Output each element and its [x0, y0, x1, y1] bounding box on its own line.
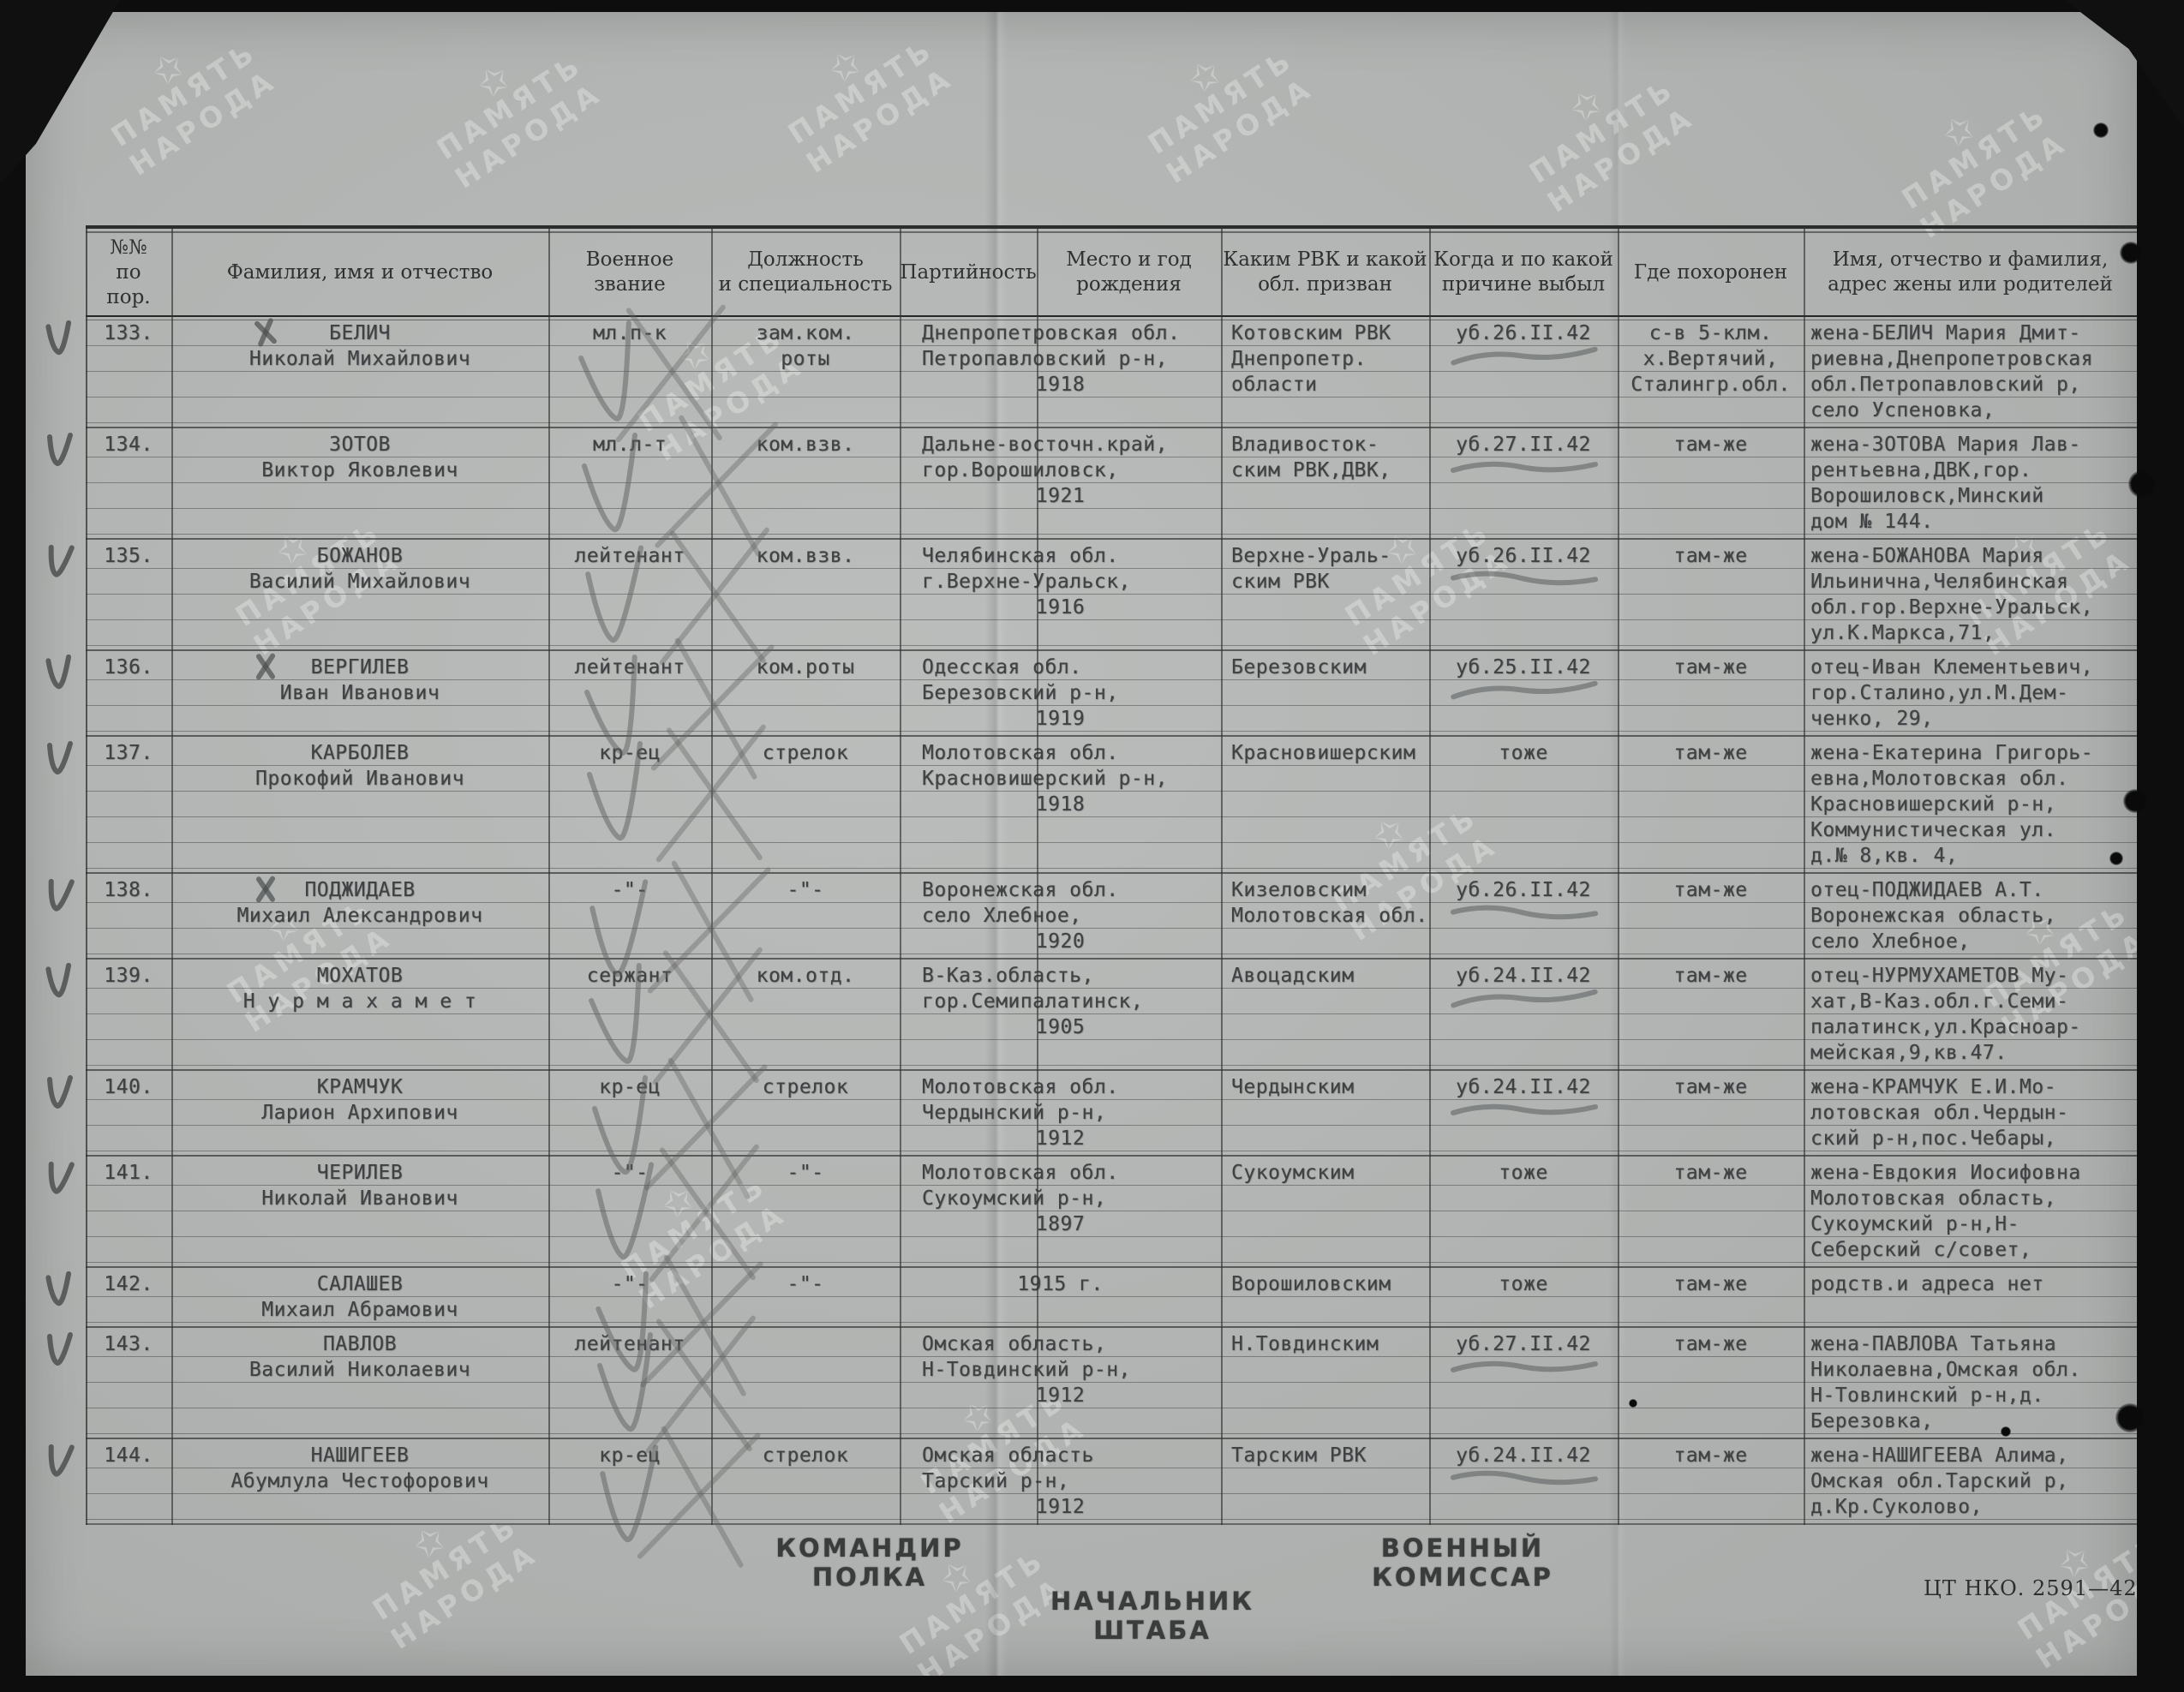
pencil-underline-mark: [1447, 984, 1602, 1013]
signature-commander-label: КОМАНДИР ПОЛКА: [715, 1534, 1024, 1592]
scan-edge-bottom: [0, 1676, 2184, 1692]
print-code: ЦТ НКО. 2591—42: [1924, 1576, 2138, 1600]
paper-sheet: ✩ПАМЯТЬНАРОДА✩ПАМЯТЬНАРОДА✩ПАМЯТЬНАРОДА✩…: [26, 12, 2139, 1677]
paper-damage-spot: [2120, 242, 2142, 264]
margin-check-icon: [41, 651, 80, 696]
pencil-underline-mark: [1447, 1464, 1602, 1492]
paper-damage-spot: [2109, 852, 2123, 865]
paper-damage-spot: [1629, 1399, 1637, 1408]
pencil-underline-mark: [1448, 457, 1602, 478]
margin-check-icon: [41, 874, 80, 918]
hand-x-mark: [251, 873, 279, 906]
margin-check-icon: [41, 317, 80, 362]
pencil-underline-mark: [1448, 1357, 1602, 1378]
margin-check-icon: [43, 1073, 77, 1114]
scan-edge-left: [0, 0, 26, 1692]
pencil-underline-mark: [1447, 676, 1602, 704]
signature-chief-of-staff-label: НАЧАЛЬНИК ШТАБА: [998, 1587, 1307, 1645]
margin-check-icon: [41, 960, 80, 1004]
pencil-underline-mark: [1448, 1100, 1602, 1121]
hand-x-mark: [251, 316, 279, 349]
scanned-document: ✩ПАМЯТЬНАРОДА✩ПАМЯТЬНАРОДА✩ПАМЯТЬНАРОДА✩…: [0, 0, 2184, 1692]
pencil-cross-mark: [637, 718, 786, 875]
margin-check-icon: [41, 1157, 80, 1201]
margin-check-icon: [43, 430, 77, 471]
pencil-underline-mark: [1447, 342, 1602, 370]
paper-damage-spot: [2123, 789, 2147, 813]
margin-check-icon: [41, 540, 80, 584]
margin-check-icon: [43, 1330, 77, 1371]
scan-edge-right: [2137, 0, 2184, 1692]
signature-commissar-label: ВОЕННЫЙ КОМИССАР: [1308, 1534, 1617, 1592]
paper-damage-spot: [2128, 470, 2156, 498]
pencil-underline-mark: [1447, 899, 1602, 927]
margin-check-icon: [41, 1439, 80, 1484]
hand-x-mark: [251, 650, 279, 683]
pencil-marks-layer: [26, 12, 2139, 1677]
paper-damage-spot: [2115, 1403, 2145, 1432]
margin-check-icon: [41, 1268, 80, 1312]
pencil-underline-mark: [1447, 565, 1602, 593]
margin-check-icon: [43, 738, 77, 780]
paper-damage-spot: [2093, 123, 2109, 138]
scan-edge-top: [0, 0, 2184, 12]
paper-damage-spot: [2001, 1426, 2011, 1437]
